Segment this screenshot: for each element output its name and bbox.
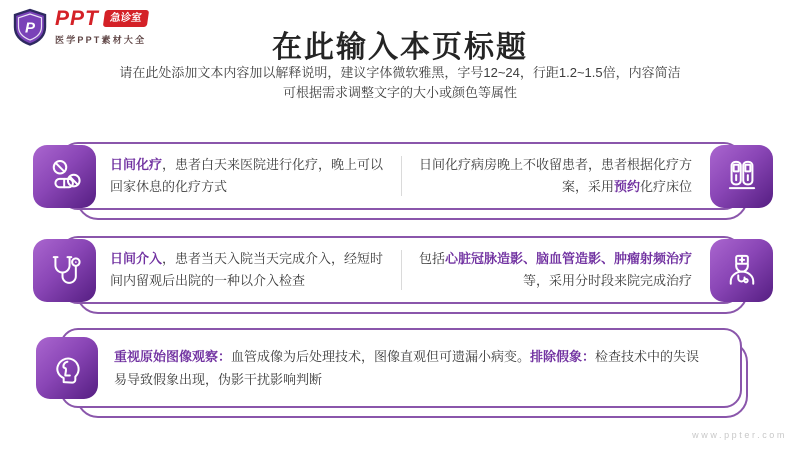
watermark-url: www.ppter.com <box>692 430 787 440</box>
row2-right-text: 包括心脏冠脉造影、脑血管造影、肿瘤射频治疗等，采用分时段来院完成治疗 <box>402 238 741 302</box>
head-profile-icon <box>36 337 98 399</box>
vertical-divider <box>401 156 402 196</box>
row1-right-text: 日间化疗病房晚上不收留患者，患者根据化疗方案，采用预约化疗床位 <box>402 144 741 208</box>
info-row-image-review: 重视原始图像观察：血管成像为后处理技术，图像直观但可遗漏小病变。排除假象：检查技… <box>33 328 773 408</box>
stethoscope-icon <box>33 239 96 302</box>
row-box: 日间化疗，患者白天来医院进行化疗，晚上可以回家休息的化疗方式 日间化疗病房晚上不… <box>60 142 742 210</box>
row1-left-text: 日间化疗，患者白天来医院进行化疗，晚上可以回家休息的化疗方式 <box>62 144 401 208</box>
row2-left-text: 日间介入，患者当天入院当天完成介入，经短时间内留观后出院的一种以介入检查 <box>62 238 401 302</box>
test-tubes-icon <box>710 145 773 208</box>
vertical-divider <box>401 250 402 290</box>
subtitle-line2: 可根据需求调整文字的大小或颜色等属性 <box>0 83 800 103</box>
doctor-icon <box>710 239 773 302</box>
info-row-day-intervention: 日间介入，患者当天入院当天完成介入，经短时间内留观后出院的一种以介入检查 包括心… <box>33 236 773 304</box>
row-box: 日间介入，患者当天入院当天完成介入，经短时间内留观后出院的一种以介入检查 包括心… <box>60 236 742 304</box>
row-box: 重视原始图像观察：血管成像为后处理技术，图像直观但可遗漏小病变。排除假象：检查技… <box>60 328 742 408</box>
info-row-day-chemo: 日间化疗，患者白天来医院进行化疗，晚上可以回家休息的化疗方式 日间化疗病房晚上不… <box>33 142 773 210</box>
subtitle-line1: 请在此处添加文本内容加以解释说明，建议字体微软雅黑，字号12~24，行距1.2~… <box>0 63 800 83</box>
slide: { "logo": { "shield_letter": "P", "brand… <box>0 0 800 450</box>
pills-icon <box>33 145 96 208</box>
page-subtitle: 请在此处添加文本内容加以解释说明，建议字体微软雅黑，字号12~24，行距1.2~… <box>0 63 800 103</box>
row3-text: 重视原始图像观察：血管成像为后处理技术，图像直观但可遗漏小病变。排除假象：检查技… <box>62 330 740 406</box>
page-title: 在此输入本页标题 <box>0 22 800 66</box>
